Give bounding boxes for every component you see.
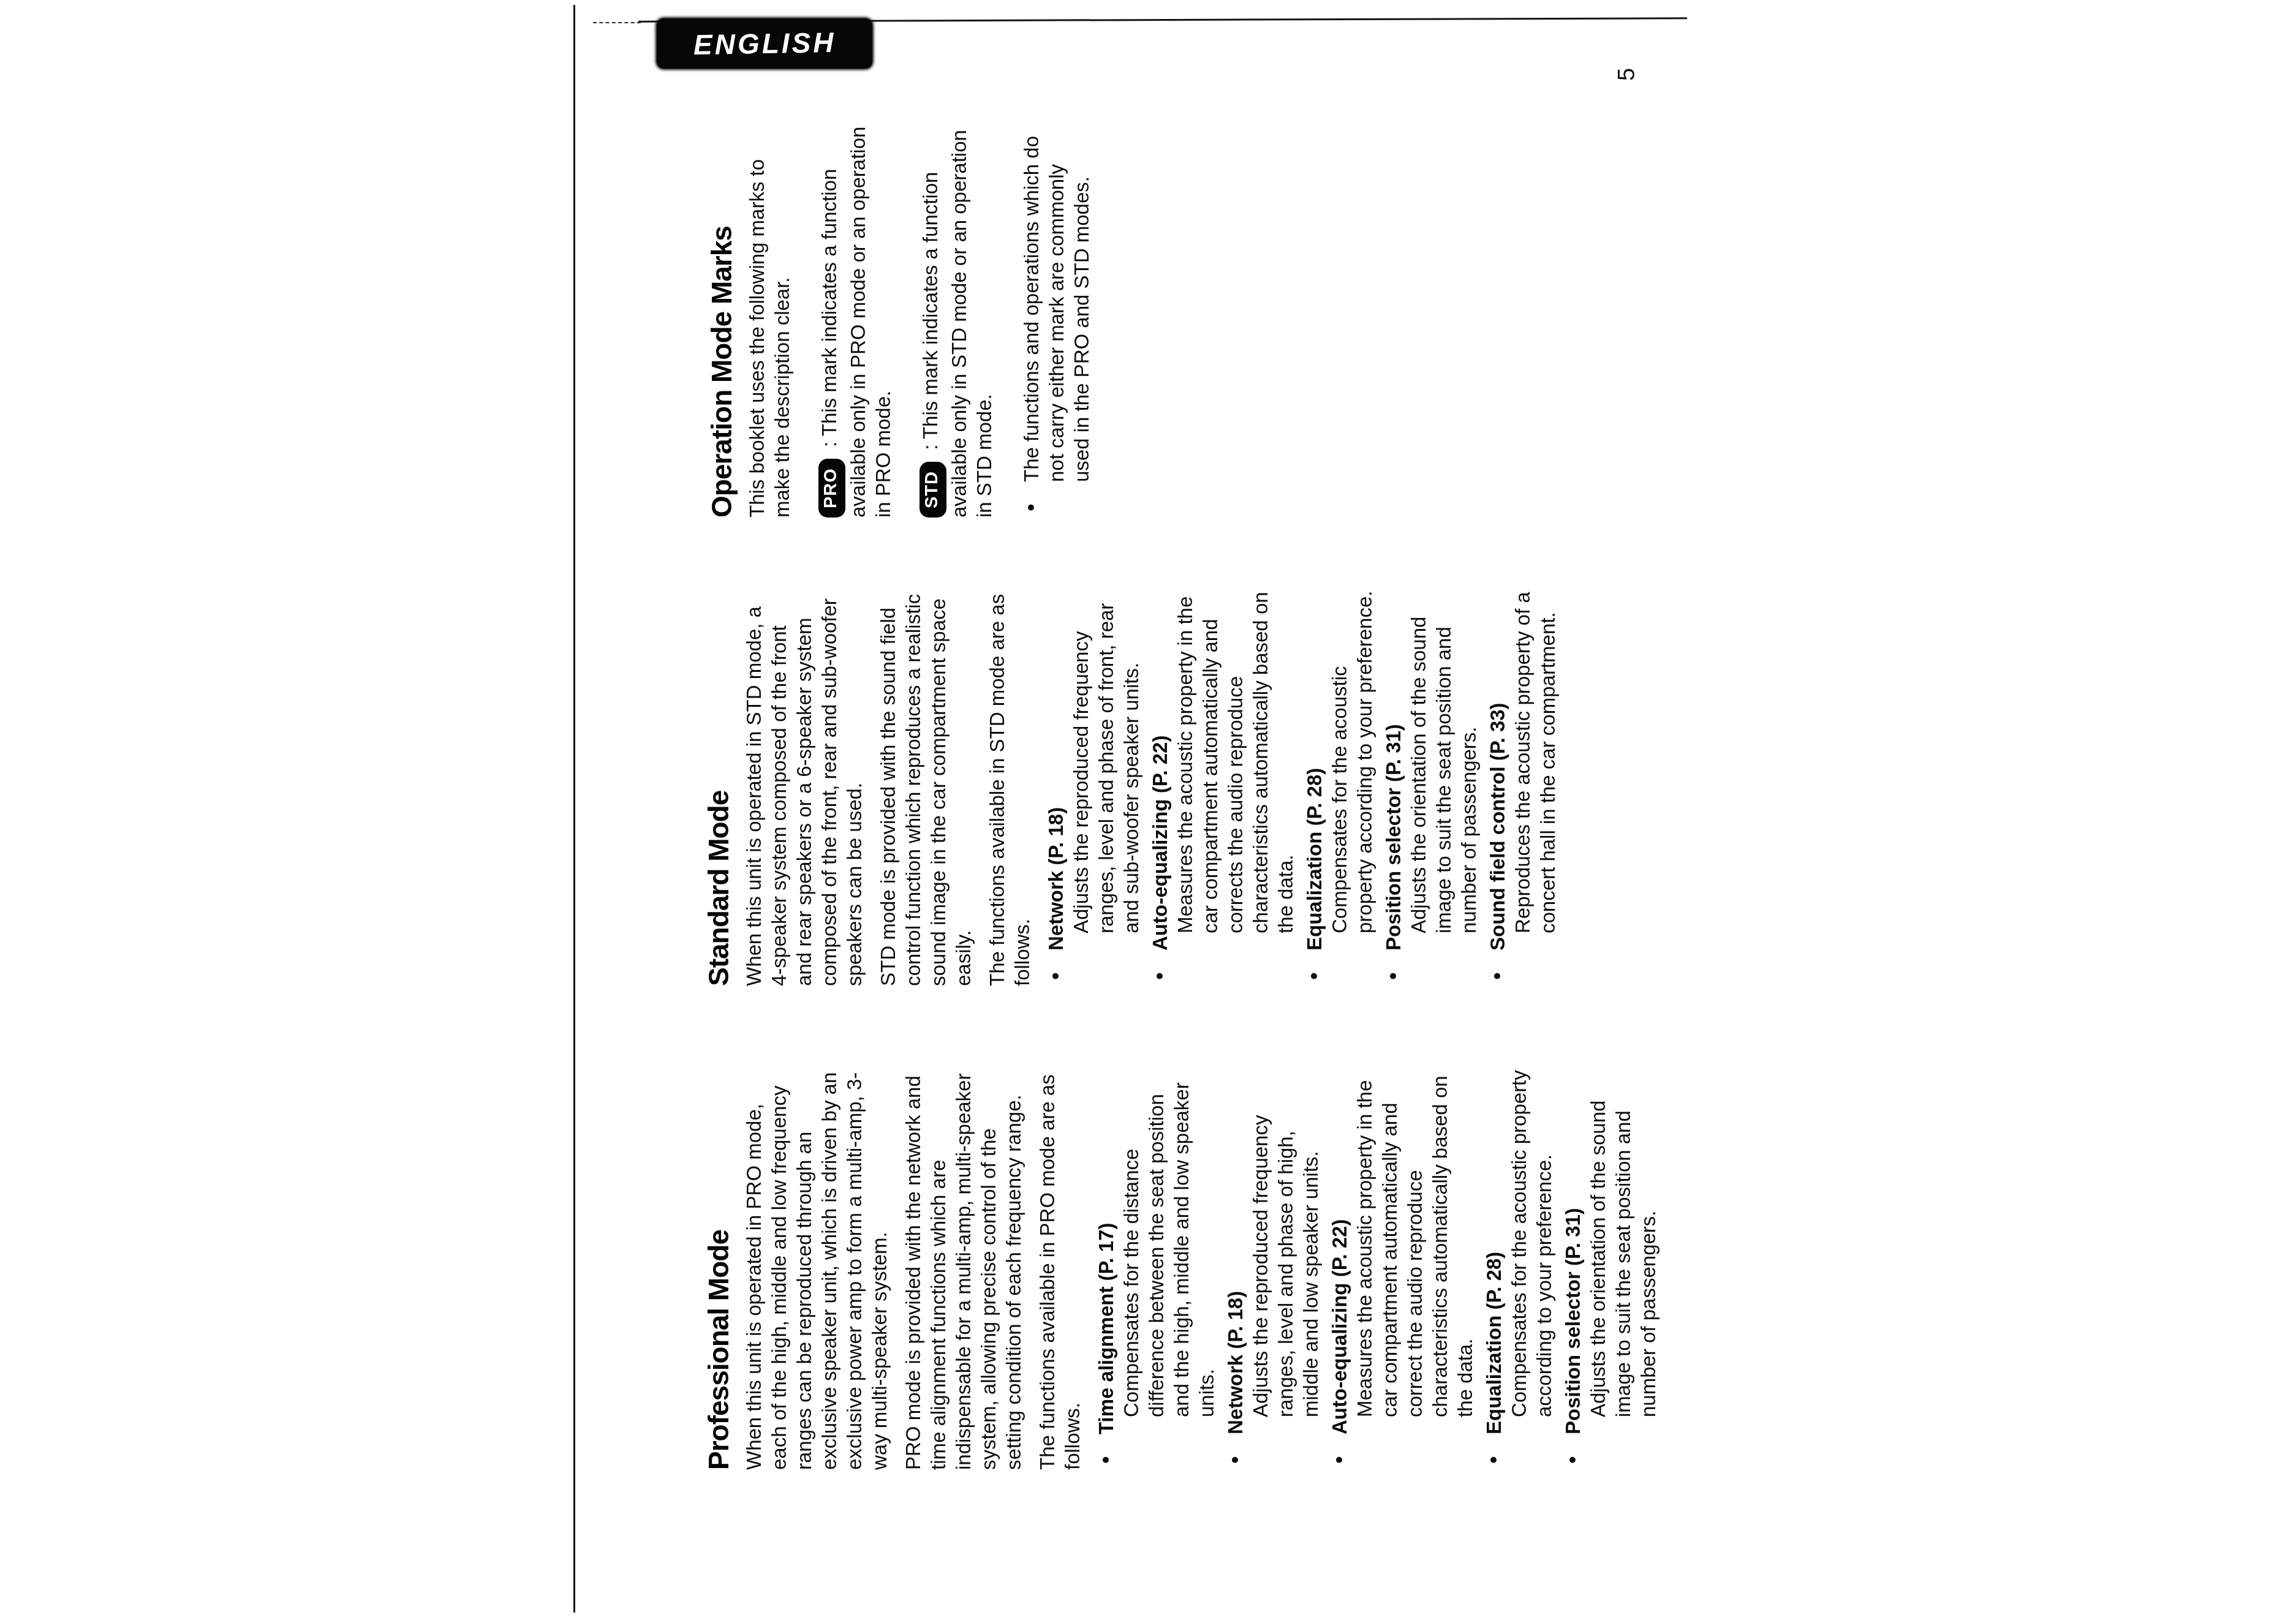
list-item: The functions and operations which do no… bbox=[1019, 126, 1094, 518]
feature-body: Measures the acoustic property in the ca… bbox=[1352, 1066, 1478, 1434]
feature-heading: Position selector (P. 31) bbox=[1560, 1066, 1585, 1434]
feature-heading: Sound field control (P. 33) bbox=[1485, 588, 1510, 951]
std-badge: STD bbox=[920, 462, 946, 518]
feature-body: Reproduces the acoustic property of a co… bbox=[1510, 588, 1560, 951]
list-item: Network (P. 18) Adjusts the reproduced f… bbox=[1043, 588, 1144, 986]
list-item: Equalization (P. 28) Compensates for the… bbox=[1481, 1066, 1557, 1470]
pro-mark-description: PRO : This mark indicates a function ava… bbox=[817, 126, 896, 518]
standard-mode-paragraph: When this unit is operated in STD mode, … bbox=[741, 588, 867, 986]
feature-heading: Network (P. 18) bbox=[1043, 588, 1068, 951]
language-tab-stamp: ENGLISH bbox=[657, 18, 872, 69]
operation-mode-marks-notes: The functions and operations which do no… bbox=[1019, 126, 1094, 518]
list-item: Network (P. 18) Adjusts the reproduced f… bbox=[1223, 1066, 1323, 1470]
professional-mode-title: Professional Mode bbox=[704, 1066, 734, 1470]
operation-mode-marks-title: Operation Mode Marks bbox=[708, 126, 737, 518]
feature-body: Measures the acoustic property in the ca… bbox=[1173, 588, 1298, 951]
list-item: Equalization (P. 28) Compensates for the… bbox=[1302, 588, 1377, 986]
feature-body: Compensates for the acoustic property ac… bbox=[1327, 588, 1377, 951]
list-item: Position selector (P. 31) Adjusts the or… bbox=[1560, 1066, 1661, 1470]
list-item: Auto-equalizing (P. 22) Measures the aco… bbox=[1327, 1066, 1478, 1470]
feature-body: Compensates for the distance difference … bbox=[1119, 1066, 1219, 1434]
section-operation-mode-marks: Operation Mode Marks This booklet uses t… bbox=[708, 101, 1090, 518]
feature-body: Compensates for the acoustic property ac… bbox=[1506, 1066, 1557, 1434]
list-item: Time alignment (P. 17) Compensates for t… bbox=[1093, 1066, 1219, 1470]
std-mark-text: : This mark indicates a function availab… bbox=[919, 130, 995, 518]
feature-heading: Position selector (P. 31) bbox=[1381, 588, 1406, 951]
professional-mode-paragraph: PRO mode is provided with the network an… bbox=[901, 1066, 1026, 1470]
feature-heading: Auto-equalizing (P. 22) bbox=[1327, 1066, 1352, 1434]
feature-body: Adjusts the reproduced frequency ranges,… bbox=[1068, 588, 1144, 951]
standard-mode-paragraph: STD mode is provided with the sound fiel… bbox=[875, 588, 976, 986]
feature-body: Adjusts the orientation of the sound ima… bbox=[1406, 588, 1481, 951]
list-item: Position selector (P. 31) Adjusts the or… bbox=[1381, 588, 1481, 986]
feature-heading: Equalization (P. 28) bbox=[1481, 1066, 1506, 1434]
list-item: Sound field control (P. 33) Reproduces t… bbox=[1485, 588, 1560, 986]
marks-note: The functions and operations which do no… bbox=[1019, 126, 1094, 482]
list-item: Auto-equalizing (P. 22) Measures the aco… bbox=[1147, 588, 1298, 986]
professional-mode-paragraph: When this unit is operated in PRO mode, … bbox=[741, 1066, 892, 1470]
feature-heading: Time alignment (P. 17) bbox=[1093, 1066, 1119, 1434]
std-mark-description: STD : This mark indicates a function ava… bbox=[918, 126, 997, 518]
section-standard-mode: Standard Mode When this unit is operated… bbox=[704, 563, 1498, 986]
language-tab-label: ENGLISH bbox=[693, 26, 836, 61]
standard-mode-paragraph: The functions available in STD mode are … bbox=[984, 588, 1035, 986]
feature-body: Adjusts the reproduced frequency ranges,… bbox=[1248, 1066, 1323, 1434]
professional-mode-feature-list: Time alignment (P. 17) Compensates for t… bbox=[1093, 1066, 1661, 1470]
scanned-manual-page: ENGLISH 5 Operation Mode Marks This book… bbox=[0, 0, 2296, 1623]
professional-mode-paragraph: The functions available in PRO mode are … bbox=[1035, 1066, 1085, 1470]
pro-badge: PRO bbox=[818, 459, 845, 518]
feature-heading: Network (P. 18) bbox=[1223, 1066, 1248, 1434]
feature-body: Adjusts the orientation of the sound ima… bbox=[1585, 1066, 1661, 1434]
top-rule-dashed-segment bbox=[593, 22, 641, 23]
operation-mode-marks-intro: This booklet uses the following marks to… bbox=[744, 126, 795, 518]
feature-heading: Auto-equalizing (P. 22) bbox=[1147, 588, 1173, 951]
feature-heading: Equalization (P. 28) bbox=[1302, 588, 1327, 951]
standard-mode-feature-list: Network (P. 18) Adjusts the reproduced f… bbox=[1043, 588, 1560, 986]
page-number: 5 bbox=[1614, 68, 1641, 81]
standard-mode-title: Standard Mode bbox=[704, 588, 734, 986]
page-edge-rule bbox=[573, 5, 575, 1613]
section-professional-mode: Professional Mode When this unit is oper… bbox=[704, 1035, 1629, 1470]
